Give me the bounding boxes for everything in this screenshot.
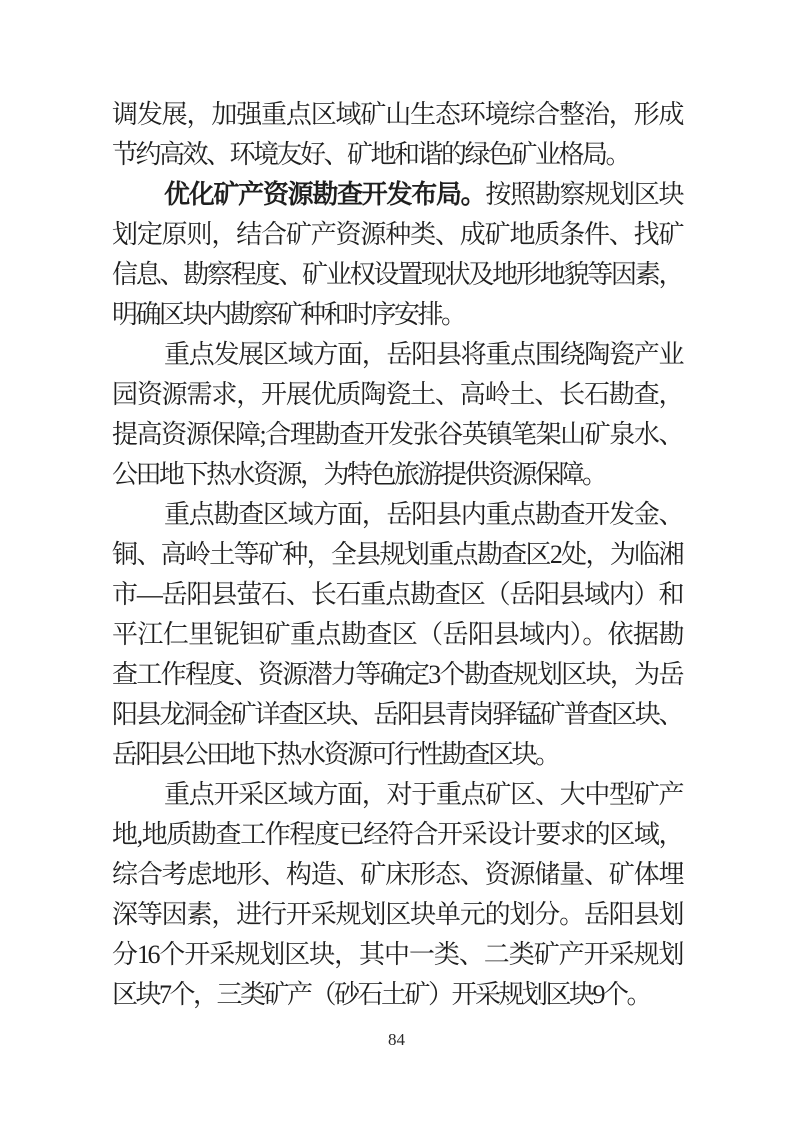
body-text: 重点发展区域方面，岳阳县将重点围绕陶瓷产业 xyxy=(164,340,682,369)
body-text: 综合考虑地形、构造、矿床形态、资源储量、矿体埋 xyxy=(112,860,682,889)
text-line: 查工作程度、资源潜力等确定3个勘查规划区块，为岳 xyxy=(112,655,682,695)
text-line: 明确区块内勘察矿种和时序安排。 xyxy=(112,295,682,335)
text-line: 平江仁里铌钽矿重点勘查区（岳阳县域内）。依据勘 xyxy=(112,615,682,655)
body-text: 重点开采区域方面，对于重点矿区、大中型矿产 xyxy=(164,780,682,809)
body-text: 地,地质勘查工作程度已经符合开采设计要求的区域， xyxy=(112,820,682,849)
body-text: 分16个开采规划区块，其中一类、二类矿产开采规划 xyxy=(112,940,682,969)
body-text: 节约高效、环境友好、矿地和谐的绿色矿业格局。 xyxy=(112,140,629,169)
page-number: 84 xyxy=(0,1030,793,1050)
text-line: 铜、高岭土等矿种，全县规划重点勘查区2处，为临湘 xyxy=(112,535,682,575)
body-text: 信息、勘察程度、矿业权设置现状及地形地貌等因素， xyxy=(112,260,682,289)
text-line: 优化矿产资源勘查开发布局。按照勘察规划区块 xyxy=(112,175,682,215)
body-text: 明确区块内勘察矿种和时序安排。 xyxy=(112,300,465,329)
text-line: 重点开采区域方面，对于重点矿区、大中型矿产 xyxy=(112,775,682,815)
text-line: 节约高效、环境友好、矿地和谐的绿色矿业格局。 xyxy=(112,135,682,175)
body-text: 重点勘查区域方面，岳阳县内重点勘查开发金、 xyxy=(164,500,682,529)
text-line: 阳县龙洞金矿详查区块、岳阳县青岗驿锰矿普查区块、 xyxy=(112,695,682,735)
text-line: 岳阳县公田地下热水资源可行性勘查区块。 xyxy=(112,735,682,775)
text-block: 调发展，加强重点区域矿山生态环境综合整治，形成节约高效、环境友好、矿地和谐的绿色… xyxy=(112,95,682,1015)
text-line: 调发展，加强重点区域矿山生态环境综合整治，形成 xyxy=(112,95,682,135)
document-page: 调发展，加强重点区域矿山生态环境综合整治，形成节约高效、环境友好、矿地和谐的绿色… xyxy=(0,0,793,1122)
body-text: 调发展，加强重点区域矿山生态环境综合整治，形成 xyxy=(112,100,682,129)
body-text: 查工作程度、资源潜力等确定3个勘查规划区块，为岳 xyxy=(112,660,682,689)
body-text: 划定原则，结合矿产资源种类、成矿地质条件、找矿 xyxy=(112,220,682,249)
body-text: 公田地下热水资源，为特色旅游提供资源保障。 xyxy=(112,460,606,489)
text-line: 综合考虑地形、构造、矿床形态、资源储量、矿体埋 xyxy=(112,855,682,895)
body-text: 平江仁里铌钽矿重点勘查区（岳阳县域内）。依据勘 xyxy=(112,620,682,649)
body-text: 园资源需求，开展优质陶瓷土、高岭土、长石勘查， xyxy=(112,380,682,409)
body-text: 区块7个，三类矿产（砂石土矿）开采规划区块9个。 xyxy=(112,980,650,1009)
bold-heading-text: 优化矿产资源勘查开发布局。 xyxy=(164,180,485,209)
text-line: 深等因素，进行开采规划区块单元的划分。岳阳县划 xyxy=(112,895,682,935)
body-text: 深等因素，进行开采规划区块单元的划分。岳阳县划 xyxy=(112,900,682,929)
body-text: 铜、高岭土等矿种，全县规划重点勘查区2处，为临湘 xyxy=(112,540,682,569)
body-text: 市—岳阳县萤石、长石重点勘查区（岳阳县域内）和 xyxy=(112,580,682,609)
text-line: 提高资源保障;合理勘查开发张谷英镇笔架山矿泉水、 xyxy=(112,415,682,455)
text-line: 划定原则，结合矿产资源种类、成矿地质条件、找矿 xyxy=(112,215,682,255)
text-line: 重点勘查区域方面，岳阳县内重点勘查开发金、 xyxy=(112,495,682,535)
text-line: 重点发展区域方面，岳阳县将重点围绕陶瓷产业 xyxy=(112,335,682,375)
text-line: 市—岳阳县萤石、长石重点勘查区（岳阳县域内）和 xyxy=(112,575,682,615)
text-line: 公田地下热水资源，为特色旅游提供资源保障。 xyxy=(112,455,682,495)
body-text: 提高资源保障;合理勘查开发张谷英镇笔架山矿泉水、 xyxy=(112,420,682,449)
text-line: 园资源需求，开展优质陶瓷土、高岭土、长石勘查， xyxy=(112,375,682,415)
body-text: 阳县龙洞金矿详查区块、岳阳县青岗驿锰矿普查区块、 xyxy=(112,700,682,729)
text-line: 分16个开采规划区块，其中一类、二类矿产开采规划 xyxy=(112,935,682,975)
text-line: 信息、勘察程度、矿业权设置现状及地形地貌等因素， xyxy=(112,255,682,295)
body-text: 按照勘察规划区块 xyxy=(485,180,682,209)
text-line: 区块7个，三类矿产（砂石土矿）开采规划区块9个。 xyxy=(112,975,682,1015)
text-line: 地,地质勘查工作程度已经符合开采设计要求的区域， xyxy=(112,815,682,855)
body-text: 岳阳县公田地下热水资源可行性勘查区块。 xyxy=(112,740,559,769)
